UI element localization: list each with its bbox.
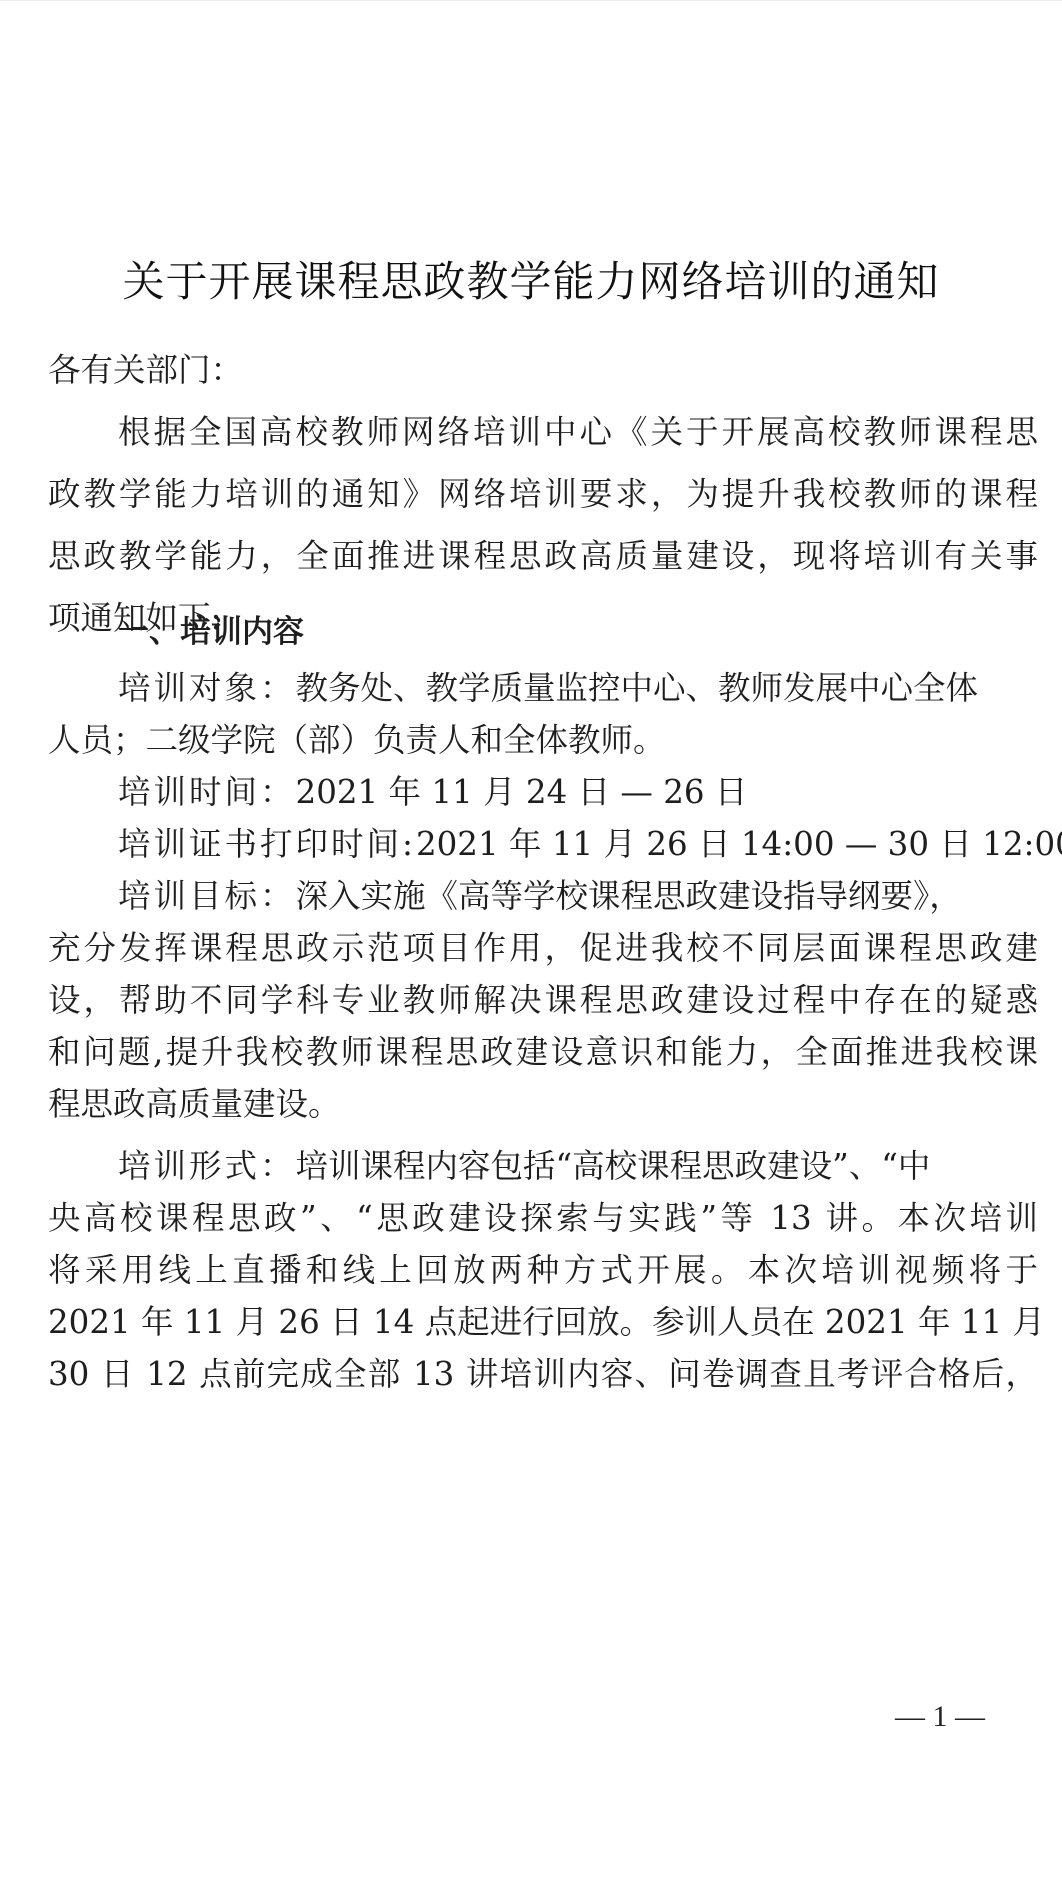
format-line-3: 将采用线上直播和线上回放两种方式开展。本次培训视频将于: [48, 1247, 1038, 1293]
intro-line-3: 思政教学能力，全面推进课程思政高质量建设，现将培训有关事: [48, 533, 1038, 579]
document-title: 关于开展课程思政教学能力网络培训的通知: [0, 252, 1062, 312]
training-time: 培训时间：2021 年 11 月 24 日 — 26 日: [118, 769, 1038, 815]
intro-line-2: 政教学能力培训的通知》网络培训要求，为提升我校教师的课程: [48, 471, 1038, 517]
goal-value: 深入实施《高等学校课程思政建设指导纲要》，: [296, 877, 962, 915]
salutation: 各有关部门：: [48, 347, 1038, 393]
target-line-1: 培训对象：教务处、教学质量监控中心、教师发展中心全体: [118, 665, 1038, 711]
goal-label: 培训目标：: [118, 877, 296, 915]
format-label: 培训形式：: [118, 1147, 296, 1185]
target-label: 培训对象：: [118, 669, 296, 707]
format-value: 培训课程内容包括“高校课程思政建设”、“中: [296, 1147, 931, 1185]
goal-line-2: 充分发挥课程思政示范项目作用，促进我校不同层面课程思政建: [48, 925, 1038, 971]
cert-time-label: 培训证书打印时间:: [118, 825, 416, 863]
target-line-2: 人员；二级学院（部）负责人和全体教师。: [48, 717, 1038, 763]
target-value: 教务处、教学质量监控中心、教师发展中心全体: [296, 669, 979, 707]
intro-line-1: 根据全国高校教师网络培训中心《关于开展高校教师课程思: [118, 409, 1038, 455]
format-line-1: 培训形式：培训课程内容包括“高校课程思政建设”、“中: [118, 1143, 1038, 1189]
goal-line-5: 程思政高质量建设。: [48, 1081, 1038, 1127]
goal-line-4: 和问题,提升我校教师课程思政建设意识和能力，全面推进我校课: [48, 1029, 1038, 1075]
page-top-border: [0, 0, 1062, 1]
time-value: 2021 年 11 月 24 日 — 26 日: [296, 773, 748, 811]
goal-line-3: 设，帮助不同学科专业教师解决课程思政建设过程中存在的疑惑: [48, 977, 1038, 1023]
format-line-4: 2021 年 11 月 26 日 14 点起进行回放。参训人员在 2021 年 …: [48, 1299, 1038, 1345]
certificate-print-time: 培训证书打印时间:2021 年 11 月 26 日 14:00 — 30 日 1…: [118, 821, 1038, 867]
goal-line-1: 培训目标：深入实施《高等学校课程思政建设指导纲要》，: [118, 873, 1038, 919]
format-line-5: 30 日 12 点前完成全部 13 讲培训内容、问卷调查且考评合格后，: [48, 1351, 1038, 1397]
section-heading-text: 一、培训内容: [118, 614, 304, 650]
section-heading-training-content: 一、培训内容: [118, 609, 1038, 655]
cert-time-value: 2021 年 11 月 26 日 14:00 — 30 日 12:00: [416, 825, 1062, 863]
time-label: 培训时间：: [118, 773, 296, 811]
page-number: — 1 —: [895, 1700, 985, 1734]
format-line-2: 央高校课程思政”、“思政建设探索与实践”等 13 讲。本次培训: [48, 1195, 1038, 1241]
